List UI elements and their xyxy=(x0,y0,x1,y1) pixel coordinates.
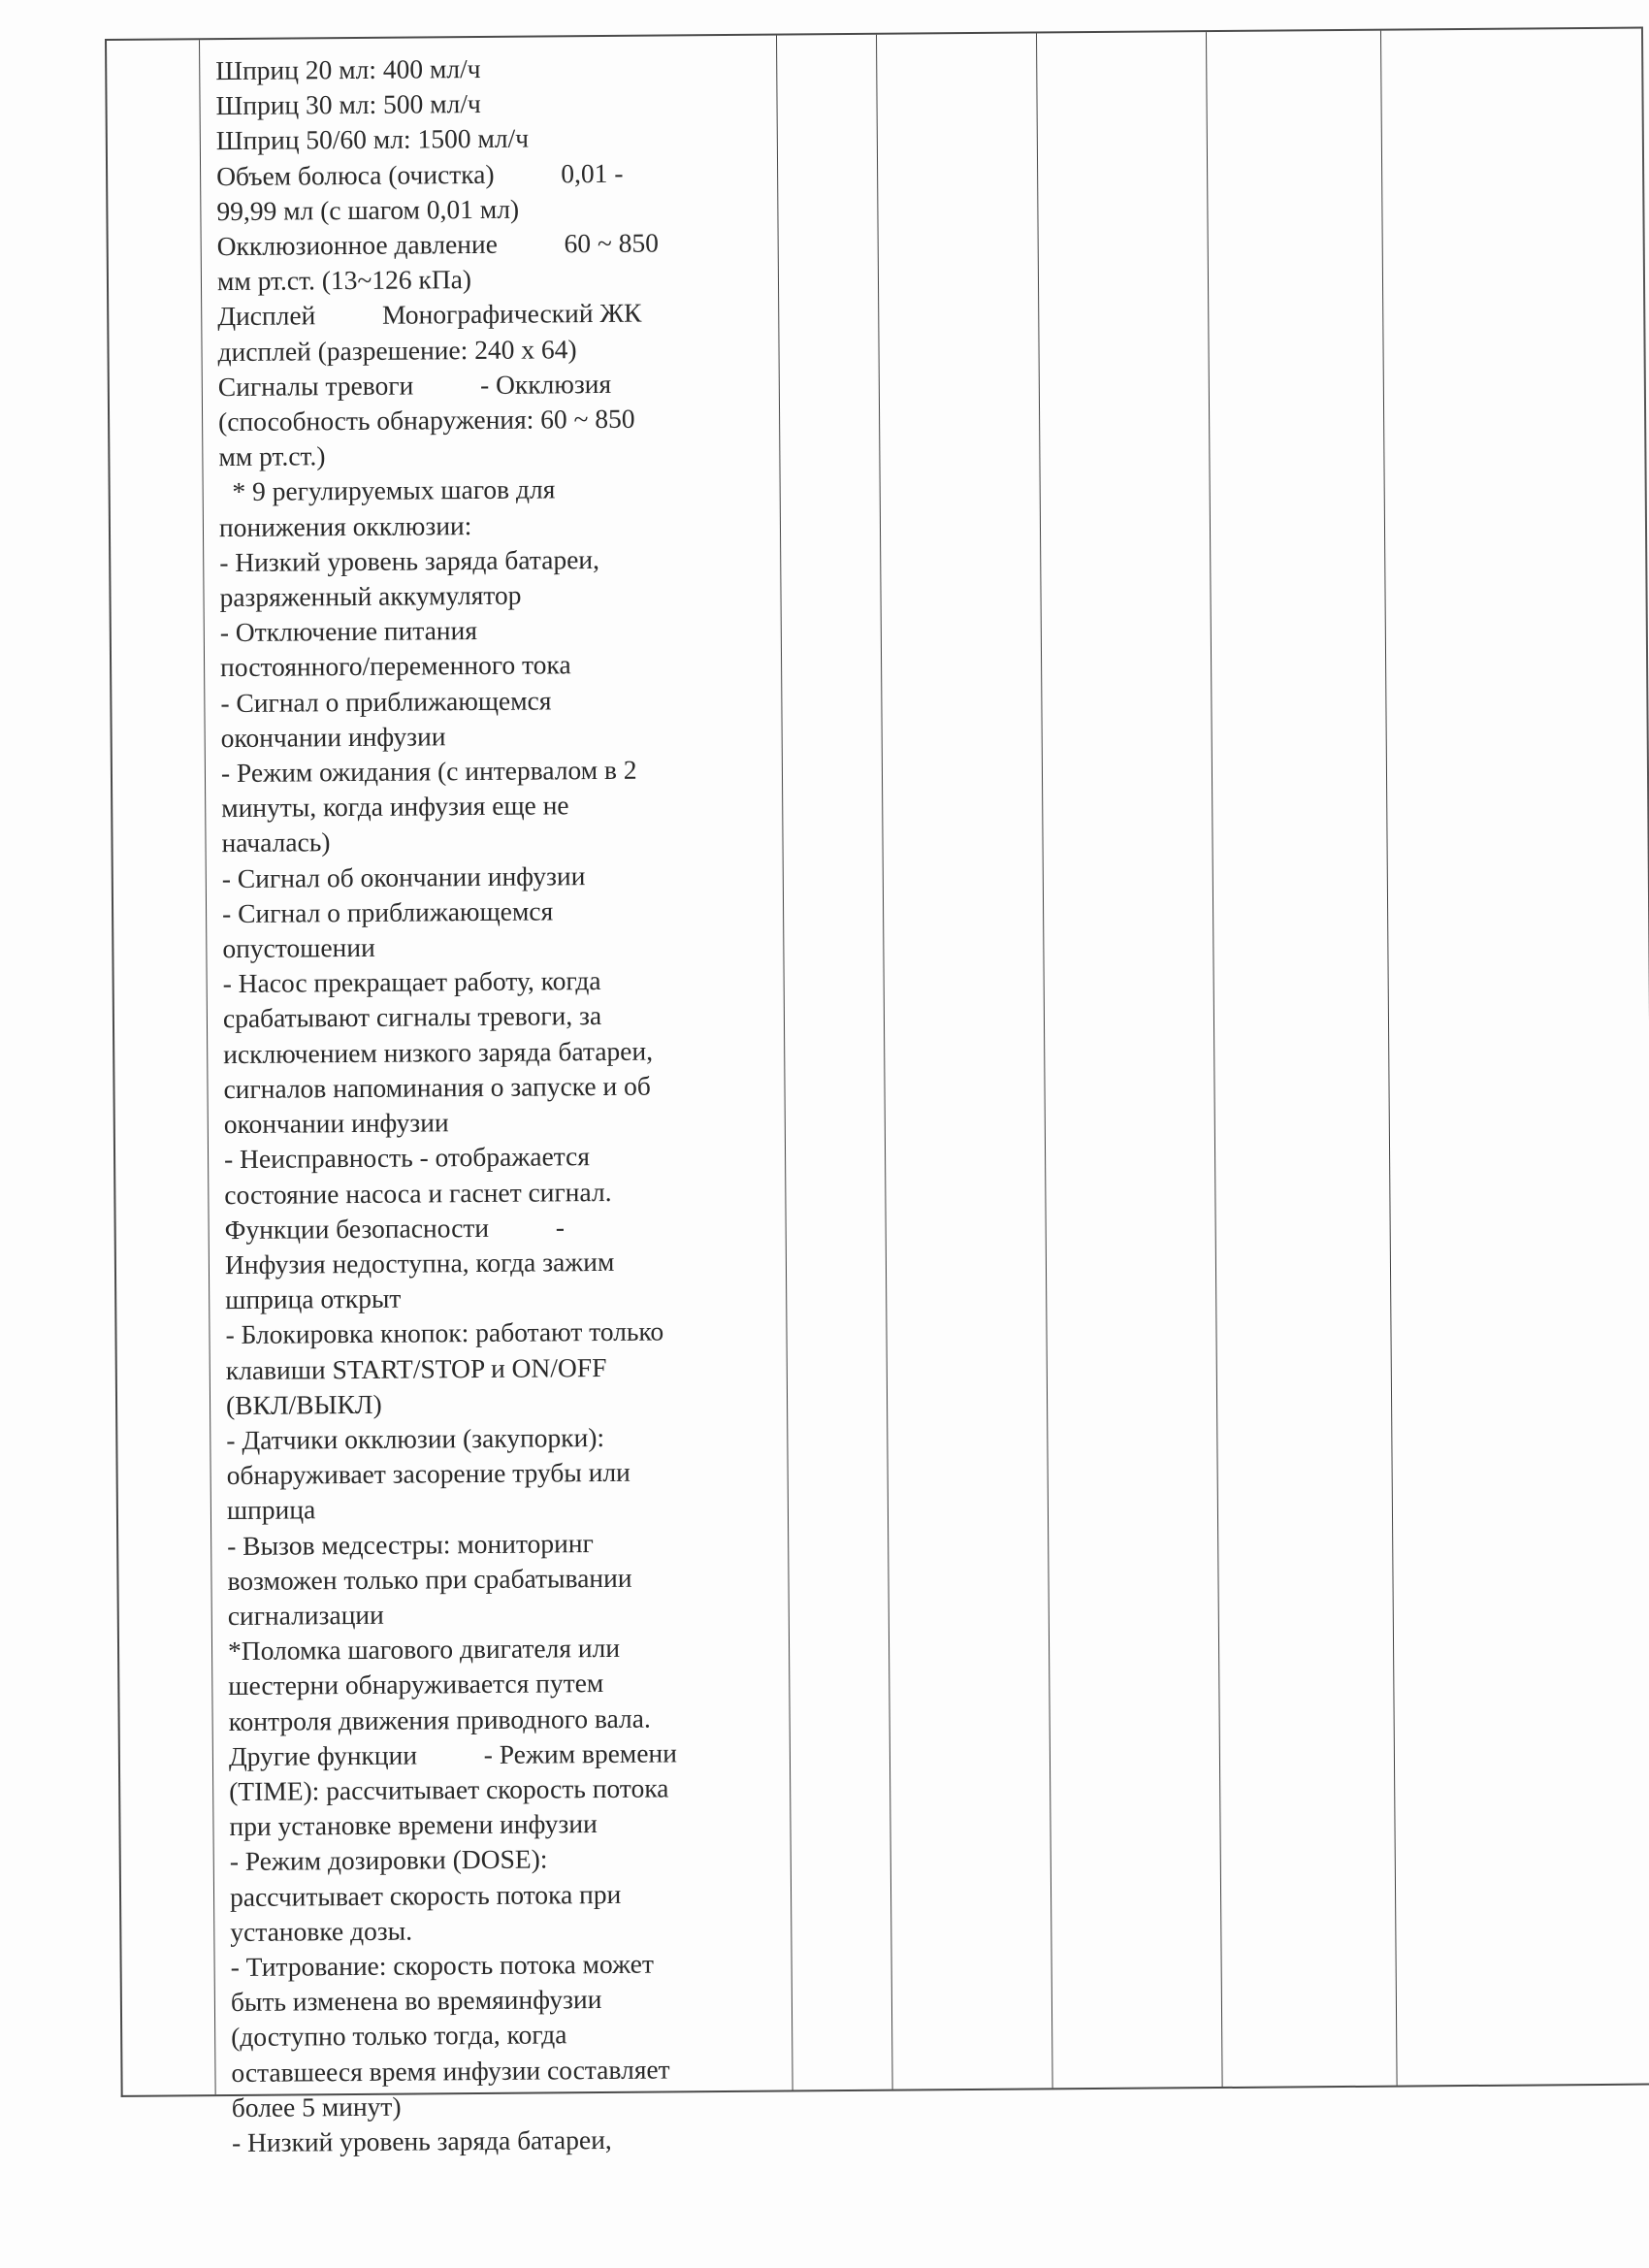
spec-line: - Отключение питания xyxy=(220,611,778,651)
spec-line: Шприц 20 мл: 400 мл/ч xyxy=(215,49,773,89)
spec-line: *Поломка шагового двигателя или xyxy=(228,1630,786,1669)
spec-line: при установке времени инфузии xyxy=(229,1805,787,1845)
spec-line: установке дозы. xyxy=(230,1910,788,1950)
spec-line: клавиши START/STOP и ON/OFF xyxy=(226,1348,784,1388)
spec-line: Объем болюса (очистка) 0,01 - xyxy=(216,154,774,194)
spec-line: (ВКЛ/ВЫКЛ) xyxy=(226,1383,784,1423)
spec-line: постоянного/переменного тока xyxy=(220,646,778,686)
spec-line: - Блокировка кнопок: работают только xyxy=(225,1313,783,1353)
specification-cell: Шприц 20 мл: 400 мл/чШприц 30 мл: 500 мл… xyxy=(215,49,790,2161)
scanned-page: Шприц 20 мл: 400 мл/чШприц 30 мл: 500 мл… xyxy=(0,0,1649,2268)
spec-line: - Датчики окклюзии (закупорки): xyxy=(226,1418,784,1458)
spec-line: Сигналы тревоги - Окклюзия xyxy=(218,365,776,405)
spec-line: - Сигнал о приближающемся xyxy=(222,891,780,931)
spec-line: мм рт.ст.) xyxy=(218,436,776,475)
spec-line: - Сигнал об окончании инфузии xyxy=(222,857,780,896)
column-divider-1 xyxy=(199,40,216,2094)
spec-line: разряженный аккумулятор xyxy=(219,576,777,616)
spec-line: - Неисправность - отображается xyxy=(224,1138,782,1178)
spec-line: - Вызов медсестры: мониторинг xyxy=(227,1524,785,1564)
spec-line: понижения окклюзии: xyxy=(219,505,777,545)
spec-line: оставшееся время инфузии составляет xyxy=(231,2051,789,2090)
spec-line: исключением низкого заряда батареи, xyxy=(223,1032,781,1072)
spec-line: - Низкий уровень заряда батареи, xyxy=(219,540,777,580)
spec-line: Дисплей Монографический ЖК xyxy=(217,295,775,335)
spec-line: шприца открыт xyxy=(225,1279,783,1318)
spec-line: Другие функции - Режим времени xyxy=(229,1734,787,1774)
spec-line: Инфузия недоступна, когда зажим xyxy=(225,1243,783,1282)
spec-line: окончании инфузии xyxy=(224,1103,782,1143)
spec-line: - Режим дозировки (DOSE): xyxy=(230,1840,788,1880)
column-divider-3 xyxy=(876,35,893,2090)
spec-line: (способность обнаружения: 60 ~ 850 xyxy=(218,401,776,440)
spec-line: - Режим ожидания (с интервалом в 2 xyxy=(221,752,779,792)
spec-line: шестерни обнаруживается путем xyxy=(228,1665,786,1704)
spec-line: рассчитывает скорость потока при xyxy=(230,1875,788,1915)
spec-line: сигнализации xyxy=(228,1594,786,1634)
spec-line: - Титрование: скорость потока может xyxy=(230,1945,788,1985)
spec-line: 99,99 мл (с шагом 0,01 мл) xyxy=(216,189,774,229)
spec-line: возможен только при срабатывании xyxy=(227,1559,785,1599)
spec-table: Шприц 20 мл: 400 мл/чШприц 30 мл: 500 мл… xyxy=(105,27,1649,2097)
spec-line: окончании инфузии xyxy=(221,716,779,756)
spec-line: дисплей (разрешение: 240 х 64) xyxy=(217,330,775,370)
spec-line: * 9 регулируемых шагов для xyxy=(219,470,777,510)
spec-line: Окклюзионное давление 60 ~ 850 xyxy=(217,225,775,265)
spec-line: Шприц 50/60 мл: 1500 мл/ч xyxy=(216,119,774,159)
spec-line: состояние насоса и гаснет сигнал. xyxy=(224,1173,782,1213)
column-divider-4 xyxy=(1036,33,1053,2088)
spec-line: - Низкий уровень заряда батареи, xyxy=(232,2122,790,2161)
spec-line: шприца xyxy=(227,1489,785,1529)
spec-line: срабатывают сигналы тревоги, за xyxy=(223,997,781,1037)
spec-line: - Насос прекращает работу, когда xyxy=(223,962,781,1002)
spec-line: сигналов напоминания о запуске и об xyxy=(223,1067,781,1107)
spec-line: мм рт.ст. (13~126 кПа) xyxy=(217,260,775,300)
spec-line: - Сигнал о приближающемся xyxy=(220,681,778,721)
spec-line: быть изменена во времяинфузии xyxy=(231,1981,789,2021)
spec-line: (TIME): рассчитывает скорость потока xyxy=(229,1769,787,1809)
spec-line: опустошении xyxy=(222,927,780,967)
spec-line: более 5 минут) xyxy=(232,2086,790,2125)
spec-line: контроля движения приводного вала. xyxy=(228,1700,786,1739)
spec-line: Функции безопасности - xyxy=(225,1208,783,1247)
spec-line: минуты, когда инфузия еще не xyxy=(221,787,779,826)
spec-line: обнаруживает засорение трубы или xyxy=(226,1454,784,1494)
spec-line: (доступно только тогда, когда xyxy=(231,2016,789,2056)
column-divider-6 xyxy=(1380,31,1398,2086)
spec-line: Шприц 30 мл: 500 мл/ч xyxy=(215,84,773,124)
spec-line: началась) xyxy=(221,822,779,861)
column-divider-5 xyxy=(1206,32,1223,2087)
